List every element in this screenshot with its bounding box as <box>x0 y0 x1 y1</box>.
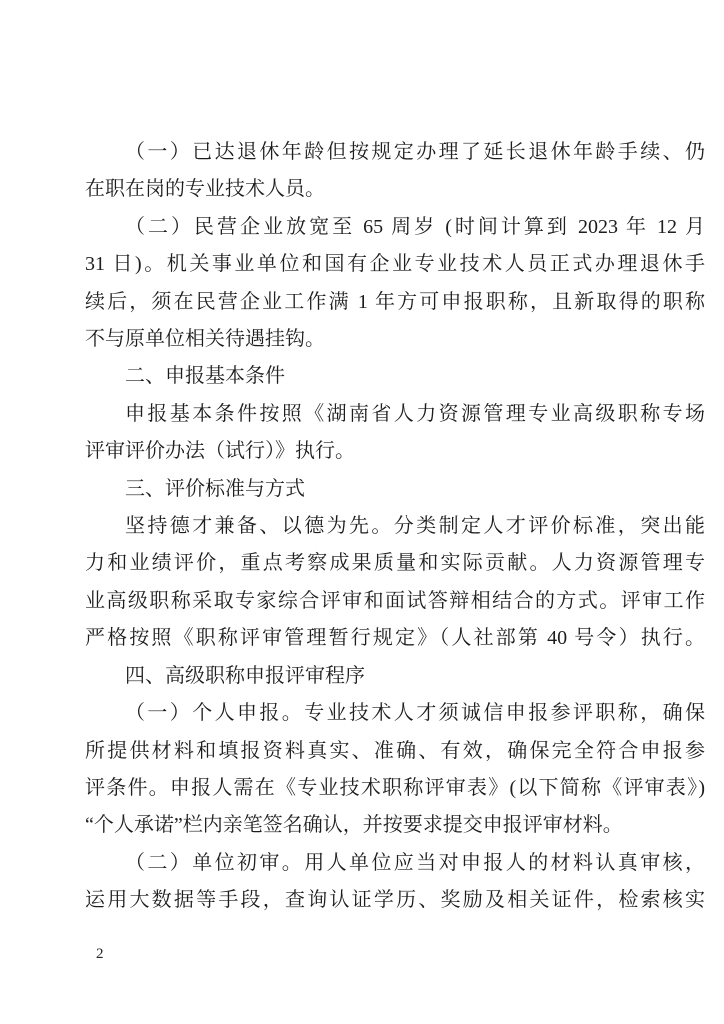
text-line: 力和业绩评价，重点考察成果质量和实际贡献。人力资源管理专 <box>85 545 705 582</box>
document-body: （一）已达退休年龄但按规定办理了延长退休年龄手续、仍 在职在岗的专业技术人员。 … <box>85 134 705 920</box>
text-line: 不与原单位相关待遇挂钩。 <box>85 321 705 358</box>
text-line: （一）个人申报。专业技术人才须诚信申报参评职称，确保 <box>85 695 705 732</box>
text-line: “个人承诺”栏内亲笔签名确认，并按要求提交申报评审材料。 <box>85 807 705 844</box>
text-line: 评条件。申报人需在《专业技术职称评审表》(以下简称《评审表》) <box>85 770 705 807</box>
text-line: 业高级职称采取专家综合评审和面试答辩相结合的方式。评审工作 <box>85 583 705 620</box>
section-heading: 二、申报基本条件 <box>85 358 705 395</box>
text-line: （二）民营企业放宽至 65 周岁 (时间计算到 2023 年 12 月 <box>85 209 705 246</box>
text-line: 31 日)。机关事业单位和国有企业专业技术人员正式办理退休手 <box>85 246 705 283</box>
text-line: 评审评价办法（试行）》执行。 <box>85 433 705 470</box>
section-heading: 四、高级职称申报评审程序 <box>85 658 705 695</box>
text-line: （一）已达退休年龄但按规定办理了延长退休年龄手续、仍 <box>85 134 705 171</box>
section-heading: 三、评价标准与方式 <box>85 471 705 508</box>
text-line: 申报基本条件按照《湖南省人力资源管理专业高级职称专场 <box>85 396 705 433</box>
text-line: 所提供材料和填报资料真实、准确、有效，确保完全符合申报参 <box>85 733 705 770</box>
page-number: 2 <box>96 944 104 964</box>
document-page: （一）已达退休年龄但按规定办理了延长退休年龄手续、仍 在职在岗的专业技术人员。 … <box>0 0 724 1024</box>
text-line: 坚持德才兼备、以德为先。分类制定人才评价标准，突出能 <box>85 508 705 545</box>
text-line: 运用大数据等手段，查询认证学历、奖励及相关证件，检索核实 <box>85 882 705 919</box>
text-line: （二）单位初审。用人单位应当对申报人的材料认真审核， <box>85 845 705 882</box>
text-line: 续后，须在民营企业工作满 1 年方可申报职称，且新取得的职称 <box>85 284 705 321</box>
text-line: 严格按照《职称评审管理暂行规定》（人社部第 40 号令）执行。 <box>85 620 705 657</box>
text-line: 在职在岗的专业技术人员。 <box>85 171 705 208</box>
